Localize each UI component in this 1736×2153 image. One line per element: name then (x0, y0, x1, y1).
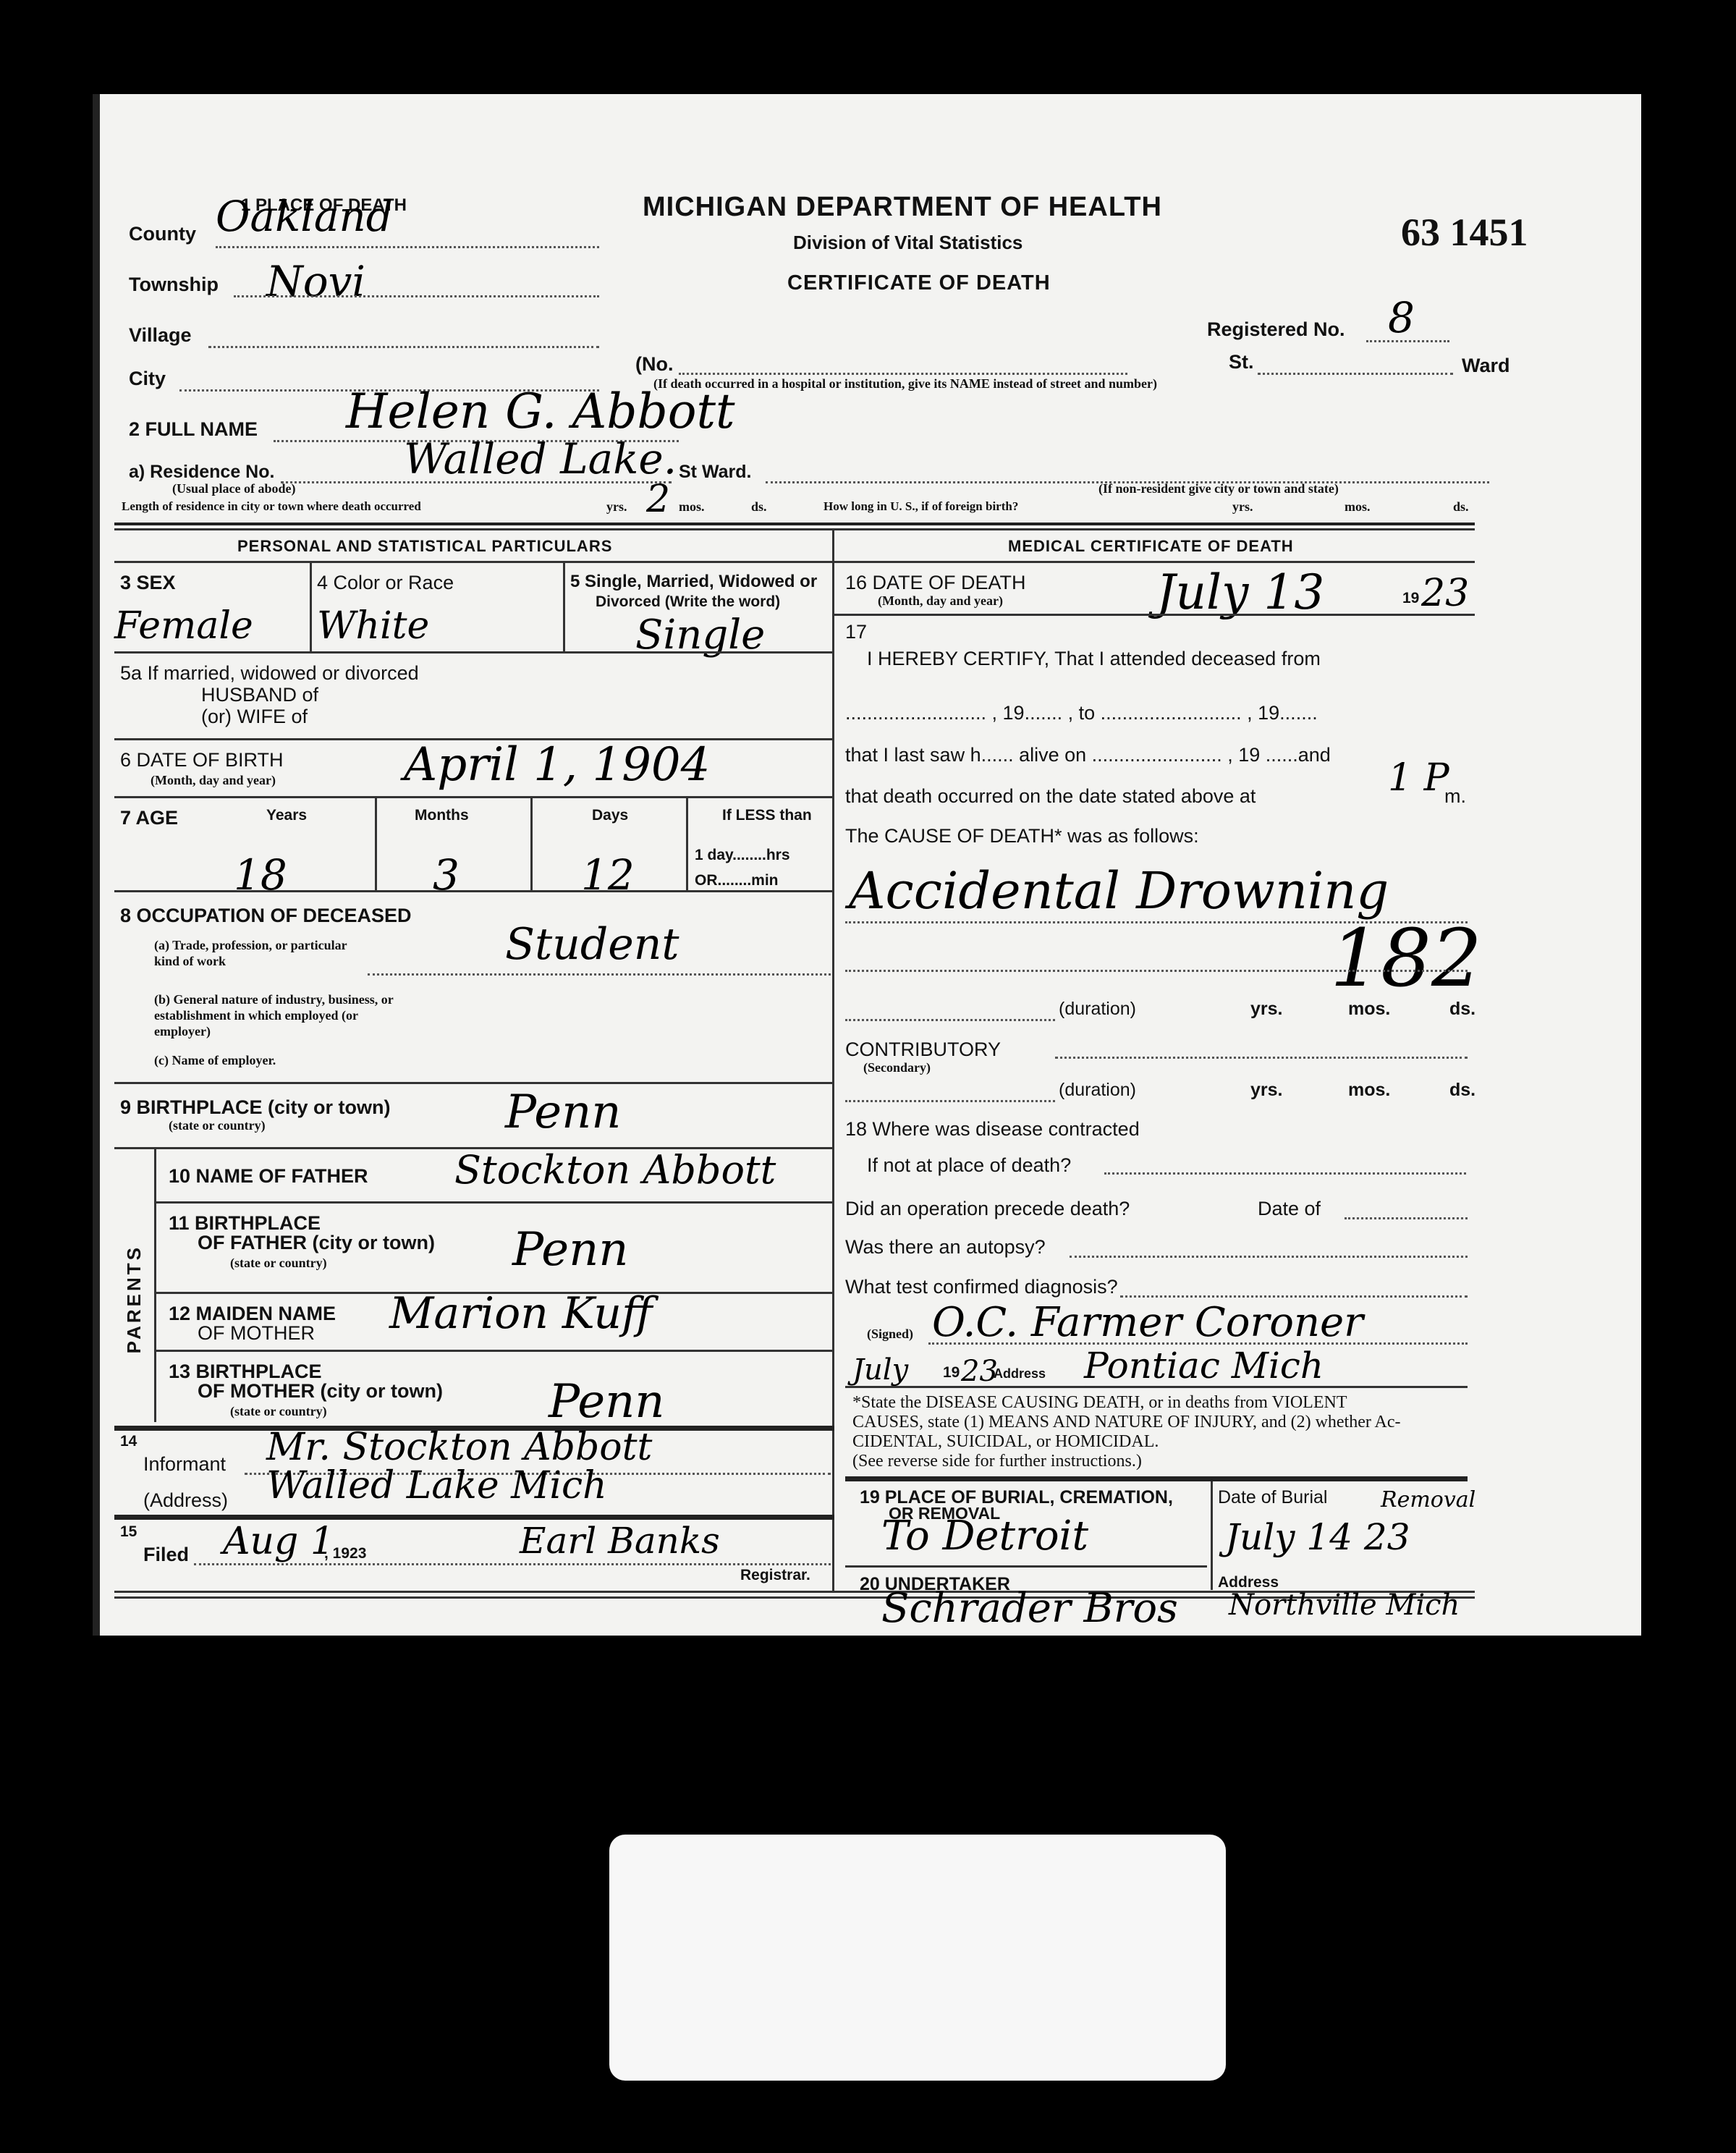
footnote-line-3: CIDENTAL, SUICIDAL, or HOMICIDAL. (852, 1432, 1159, 1452)
autopsy-label: Was there an autopsy? (845, 1236, 1046, 1259)
street-no-label: (No. (635, 353, 673, 376)
division-title: Division of Vital Statistics (793, 232, 1022, 254)
us-mos-label: mos. (1345, 499, 1371, 515)
cause-of-death-value: Accidental Drowning (849, 861, 1389, 921)
parents-side-label: PARENTS (123, 1245, 145, 1353)
dob-value: April 1, 1904 (404, 738, 710, 792)
less-day-label: 1 day........hrs (695, 847, 790, 864)
last-saw-line: that I last saw h...... alive on .......… (845, 744, 1331, 766)
item-17-number: 17 (845, 621, 867, 643)
township-label: Township (129, 274, 219, 296)
mother-name-value: Marion Kuff (389, 1288, 653, 1339)
registrar-label: Registrar. (740, 1567, 810, 1584)
contributory-mos: mos. (1348, 1080, 1390, 1101)
dod-sub: (Month, day and year) (878, 593, 1003, 609)
dod-year-prefix: 19 (1402, 590, 1419, 607)
age-label: 7 AGE (120, 807, 178, 829)
contributory-duration-label: (duration) (1059, 1080, 1136, 1101)
mos-label: mos. (679, 499, 705, 515)
occupation-value: Student (505, 919, 679, 970)
birthplace-value: Penn (505, 1086, 622, 1139)
footnote-line-4: (See reverse side for further instructio… (852, 1452, 1142, 1471)
death-certificate: 1 PLACE OF DEATH MICHIGAN DEPARTMENT OF … (93, 94, 1641, 1636)
street-label: St. (1229, 351, 1254, 373)
ward-label: Ward (1462, 355, 1510, 377)
mother-name-label-2: OF MOTHER (198, 1322, 315, 1345)
occupation-label: 8 OCCUPATION OF DECEASED (120, 905, 412, 927)
months-label: Months (415, 807, 469, 824)
certify-line: I HEREBY CERTIFY, That I attended deceas… (867, 648, 1321, 670)
duration-yrs: yrs. (1250, 999, 1282, 1020)
signed-year-prefix: 19 (943, 1364, 960, 1382)
signed-date-value: July (852, 1353, 908, 1387)
residence-label: a) Residence No. (129, 462, 274, 483)
birthplace-label: 9 BIRTHPLACE (city or town) (120, 1096, 391, 1119)
father-birthplace-label-2: OF FATHER (city or town) (198, 1232, 435, 1254)
village-label: Village (129, 324, 192, 347)
nonresident-note: (If non-resident give city or town and s… (1098, 481, 1339, 496)
township-value: Novi (266, 257, 365, 306)
duration-label: (duration) (1059, 999, 1136, 1020)
signer-address-value: Pontiac Mich (1084, 1345, 1324, 1387)
residence-yrs-value: 2 (646, 478, 670, 521)
filed-number: 15 (120, 1523, 137, 1541)
years-label: Years (266, 807, 307, 824)
county-value: Oakland (216, 192, 393, 241)
dob-sub: (Month, day and year) (151, 773, 276, 788)
personal-section-title: PERSONAL AND STATISTICAL PARTICULARS (237, 537, 612, 556)
less-or-label: OR........min (695, 872, 779, 889)
signed-year-value: 23 (961, 1355, 998, 1388)
ds-label: ds. (751, 499, 767, 515)
sex-label: 3 SEX (120, 572, 176, 594)
duration-ds: ds. (1449, 999, 1475, 1020)
blank-paper-slip (609, 1835, 1226, 2081)
spouse-label-2: HUSBAND of (201, 684, 318, 706)
less-than-label: If LESS than (722, 807, 812, 824)
cause-line: The CAUSE OF DEATH* was as follows: (845, 825, 1199, 847)
death-time-value: 1 P (1388, 756, 1449, 800)
burial-place-value: To Detroit (881, 1513, 1088, 1560)
contributory-yrs: yrs. (1250, 1080, 1282, 1101)
test-label: What test confirmed diagnosis? (845, 1276, 1118, 1298)
city-label: City (129, 368, 166, 390)
father-name-value: Stockton Abbott (454, 1147, 776, 1193)
sex-value: Female (114, 604, 253, 648)
marital-label-2: Divorced (Write the word) (596, 593, 780, 611)
operation-label: Did an operation precede death? (845, 1198, 1130, 1220)
yrs-label: yrs. (606, 499, 627, 515)
spouse-label-1: 5a If married, widowed or divorced (120, 662, 419, 685)
informant-address-value: Walled Lake Mich (266, 1464, 607, 1507)
full-name-value: Helen G. Abbott (346, 384, 735, 439)
burial-date-value: July 14 23 (1225, 1516, 1410, 1558)
death-time-suffix: m. (1444, 785, 1466, 808)
dod-value: July 13 (1156, 564, 1324, 620)
not-place-label: If not at place of death? (867, 1154, 1071, 1177)
dod-label: 16 DATE OF DEATH (845, 572, 1026, 594)
father-birthplace-sub: (state or country) (230, 1256, 327, 1271)
registered-no-label: Registered No. (1207, 318, 1345, 341)
duration-mos: mos. (1348, 999, 1390, 1020)
footnote-line-2: CAUSES, state (1) MEANS AND NATURE OF IN… (852, 1413, 1401, 1432)
certificate-title: CERTIFICATE OF DEATH (787, 271, 1051, 295)
father-birthplace-value: Penn (512, 1223, 629, 1277)
spouse-label-3: (or) WIFE of (201, 706, 308, 728)
contributory-sub: (Secondary) (863, 1060, 931, 1075)
registered-no-value: 8 (1388, 293, 1415, 342)
department-title: MICHIGAN DEPARTMENT OF HEALTH (643, 192, 1162, 223)
attended-dates-line: .......................... , 19....... ,… (845, 702, 1318, 724)
us-yrs-label: yrs. (1232, 499, 1253, 515)
contributory-label: CONTRIBUTORY (845, 1039, 1001, 1061)
medical-section-title: MEDICAL CERTIFICATE OF DEATH (1008, 537, 1294, 556)
signed-label: (Signed) (867, 1327, 913, 1342)
dob-label: 6 DATE OF BIRTH (120, 749, 284, 771)
informant-number: 14 (120, 1433, 137, 1450)
contributory-ds: ds. (1449, 1080, 1475, 1101)
mother-birthplace-sub: (state or country) (230, 1404, 327, 1419)
race-label: 4 Color or Race (317, 572, 454, 594)
days-label: Days (592, 807, 628, 824)
county-label: County (129, 223, 196, 245)
mother-birthplace-value: Penn (549, 1375, 665, 1429)
filed-label: Filed (143, 1544, 189, 1566)
signer-signature: O.C. Farmer Coroner (932, 1299, 1363, 1346)
father-name-label: 10 NAME OF FATHER (169, 1165, 368, 1188)
us-ds-label: ds. (1453, 499, 1469, 515)
filed-value: Aug 1 (223, 1520, 334, 1563)
dod-year-suffix: 23 (1421, 572, 1469, 615)
burial-date-label: Date of Burial (1218, 1487, 1327, 1508)
cause-code-value: 182 (1330, 912, 1482, 1004)
race-value: White (317, 604, 429, 648)
undertaker-value: Schrader Bros (881, 1585, 1178, 1632)
death-time-line: that death occurred on the date stated a… (845, 785, 1256, 808)
residence-value: Walled Lake. (404, 434, 677, 483)
st-ward-label: St Ward. (679, 462, 751, 483)
registrar-signature: Earl Banks (520, 1520, 720, 1562)
marital-label-1: 5 Single, Married, Widowed or (570, 572, 817, 592)
occupation-b-label: (b) General nature of industry, business… (154, 991, 415, 1039)
abode-note: (Usual place of abode) (172, 481, 296, 496)
serial-number: 63 1451 (1401, 210, 1528, 255)
undertaker-address-value: Northville Mich (1229, 1589, 1460, 1622)
informant-value: Mr. Stockton Abbott (266, 1426, 652, 1469)
occupation-c-label: (c) Name of employer. (154, 1053, 276, 1068)
informant-address-label: (Address) (143, 1489, 228, 1512)
operation-date-label: Date of (1258, 1198, 1321, 1220)
mother-birthplace-label-2: OF MOTHER (city or town) (198, 1380, 443, 1403)
us-residence-label: How long in U. S., if of foreign birth? (823, 499, 1018, 514)
informant-label: Informant (143, 1453, 226, 1476)
signer-address-label: Address (994, 1366, 1046, 1382)
burial-date-note: Removal (1381, 1487, 1475, 1513)
occupation-a-label: (a) Trade, profession, or particular kin… (154, 937, 364, 969)
item-18-label: 18 Where was disease contracted (845, 1118, 1140, 1141)
footnote-line-1: *State the DISEASE CAUSING DEATH, or in … (852, 1393, 1347, 1413)
birthplace-sub: (state or country) (169, 1118, 266, 1133)
length-of-residence-label: Length of residence in city or town wher… (122, 499, 421, 514)
full-name-label: 2 FULL NAME (129, 418, 258, 441)
filed-year: , 1923 (324, 1545, 366, 1562)
